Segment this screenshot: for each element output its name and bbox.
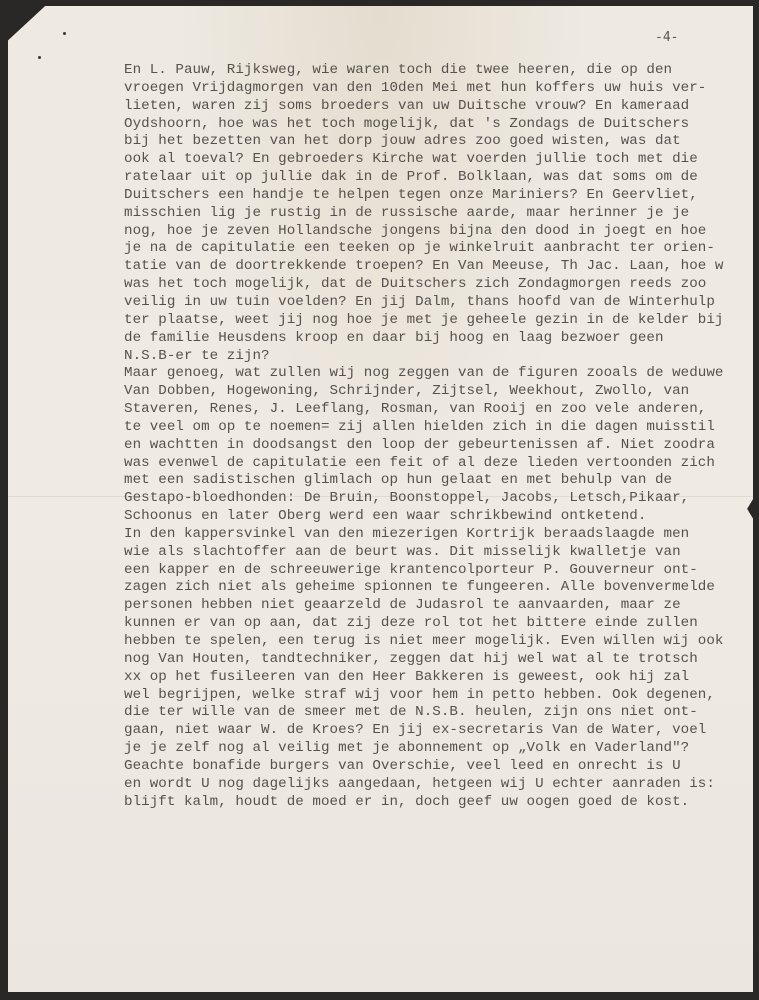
text-line: wel begrijpen, welke straf wij voor hem … bbox=[124, 687, 754, 705]
text-line: nog, hoe je zeven Hollandsche jongens bi… bbox=[124, 223, 754, 241]
text-line: N.S.B-er te zijn? bbox=[124, 348, 754, 366]
text-line: kunnen er van op aan, dat zij deze rol t… bbox=[124, 615, 754, 633]
text-line: ratelaar uit op jullie dak in de Prof. B… bbox=[124, 169, 754, 187]
text-line: wie als slachtoffer aan de beurt was. Di… bbox=[124, 544, 754, 562]
text-line: met een sadistischen glimlach op hun gel… bbox=[124, 472, 754, 490]
text-line: lieten, waren zij soms broeders van uw D… bbox=[124, 98, 754, 116]
text-line: ook al toeval? En gebroeders Kirche wat … bbox=[124, 151, 754, 169]
text-line: de familie Heusdens kroop en daar bij ho… bbox=[124, 330, 754, 348]
text-line: En L. Pauw, Rijksweg, wie waren toch die… bbox=[124, 62, 754, 80]
text-line: nog Van Houten, tandtechniker, zeggen da… bbox=[124, 651, 754, 669]
punch-mark-icon bbox=[63, 32, 66, 35]
page-number: -4- bbox=[655, 30, 678, 45]
text-line: Oydshoorn, hoe was het toch mogelijk, da… bbox=[124, 116, 754, 134]
punch-mark-icon bbox=[38, 56, 41, 59]
text-line: Van Dobben, Hogewoning, Schrijnder, Zijt… bbox=[124, 383, 754, 401]
text-line: een kapper en de schreeuwerige krantenco… bbox=[124, 562, 754, 580]
text-line: Duitschers een handje te helpen tegen on… bbox=[124, 187, 754, 205]
letter-body: En L. Pauw, Rijksweg, wie waren toch die… bbox=[124, 62, 754, 811]
text-line: Geachte bonafide burgers van Overschie, … bbox=[124, 758, 754, 776]
text-line: vroegen Vrijdagmorgen van den 10den Mei … bbox=[124, 80, 754, 98]
text-line: veilig in uw tuin voelden? En jij Dalm, … bbox=[124, 294, 754, 312]
text-line: die ter wille van de smeer met de N.S.B.… bbox=[124, 704, 754, 722]
text-line: ter plaatse, weet jij nog hoe je met je … bbox=[124, 312, 754, 330]
text-line: hebben te spelen, een terug is niet meer… bbox=[124, 633, 754, 651]
text-line: zagen zich niet als geheime spionnen te … bbox=[124, 579, 754, 597]
text-line: Staveren, Renes, J. Leeflang, Rosman, va… bbox=[124, 401, 754, 419]
text-line: misschien lig je rustig in de russische … bbox=[124, 205, 754, 223]
text-line: bij het bezetten van het dorp jouw adres… bbox=[124, 133, 754, 151]
text-line: te veel om op te noemen= zij allen hield… bbox=[124, 419, 754, 437]
text-line: je na de capitulatie een teeken op je wi… bbox=[124, 240, 754, 258]
text-line: In den kappersvinkel van den miezerigen … bbox=[124, 526, 754, 544]
text-line: personen hebben niet geaarzeld de Judasr… bbox=[124, 597, 754, 615]
text-line: en wordt U nog dagelijks aangedaan, hetg… bbox=[124, 776, 754, 794]
text-line: xx op het fusileeren van den Heer Bakker… bbox=[124, 669, 754, 687]
text-line: gaan, niet waar W. de Kroes? En jij ex-s… bbox=[124, 722, 754, 740]
text-line: je je zelf nog al veilig met je abonneme… bbox=[124, 740, 754, 758]
text-line: en wachtten in doodsangst den loop der g… bbox=[124, 437, 754, 455]
text-line: was evenwel de capitulatie een feit of a… bbox=[124, 455, 754, 473]
text-line: Gestapo-bloedhonden: De Bruin, Boonstopp… bbox=[124, 490, 754, 508]
text-line: was het toch mogelijk, dat de Duitschers… bbox=[124, 276, 754, 294]
text-line: tatie van de doortrekkende troepen? En V… bbox=[124, 258, 754, 276]
text-line: blijft kalm, houdt de moed er in, doch g… bbox=[124, 794, 754, 812]
text-line: Schoonus en later Oberg werd een waar sc… bbox=[124, 508, 754, 526]
text-line: Maar genoeg, wat zullen wij nog zeggen v… bbox=[124, 365, 754, 383]
